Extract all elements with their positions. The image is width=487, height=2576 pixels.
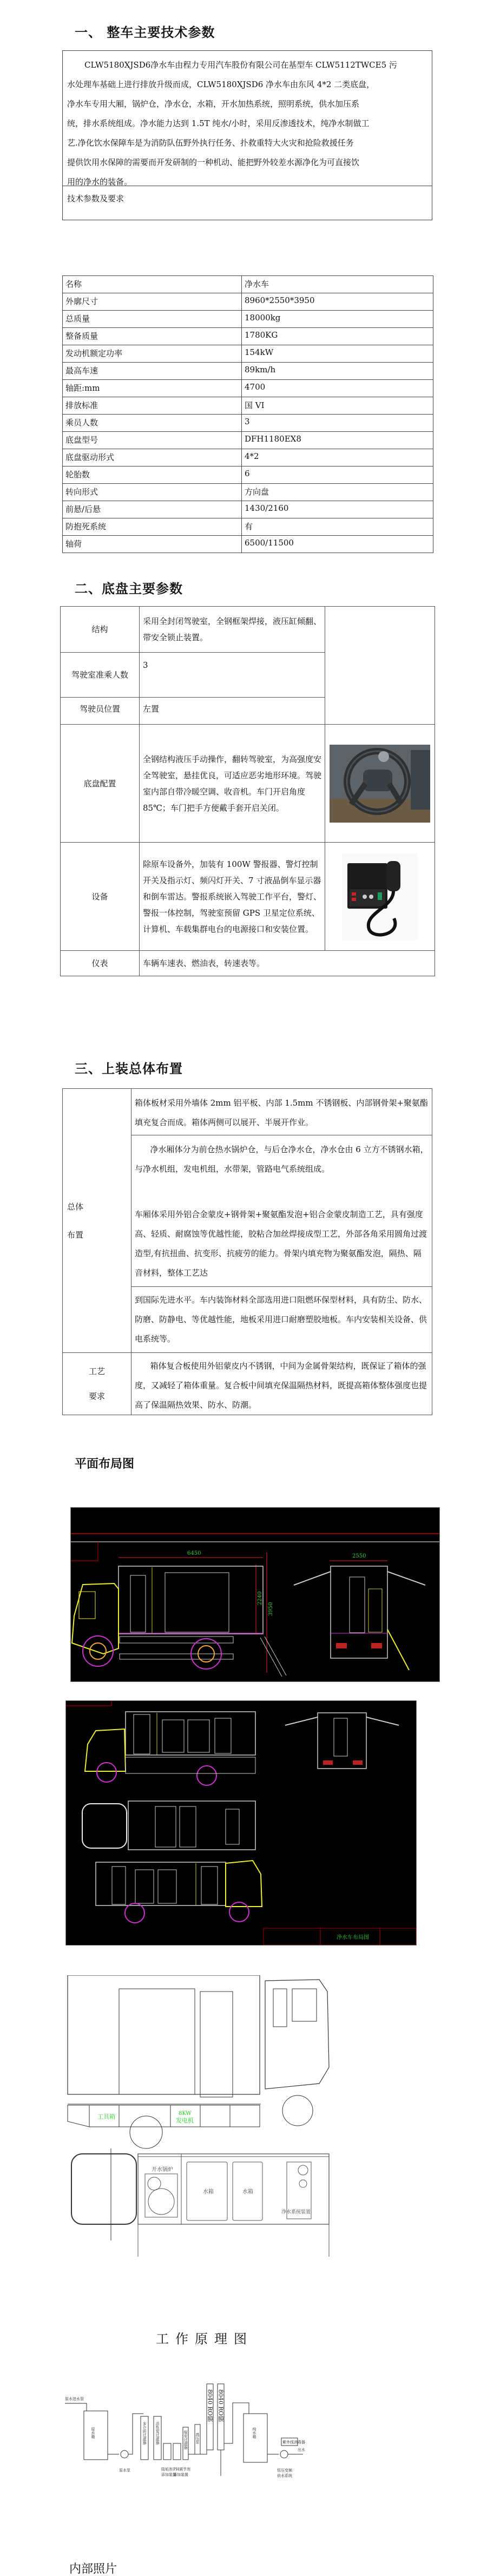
craft-text: 箱体复合板使用外铝蒙皮内不锈钢，中间为金属骨架结构，既保证了箱体的强度，又减轻了…: [131, 1353, 432, 1415]
row-text: 3: [140, 653, 325, 698]
row-text: 采用全封闭驾驶室，全钢框架焊接，液压缸倾翻、带安全锁止装置。: [140, 607, 325, 653]
row-label: 驾驶室准乘人数: [61, 653, 140, 698]
chassis-table: 结构 采用全封闭驾驶室，全钢框架焊接，液压缸倾翻、带安全锁止装置。 驾驶室准乘人…: [60, 606, 435, 976]
spec-value: 154kW: [242, 345, 433, 363]
row-label: 底盘配置: [61, 725, 140, 843]
label-line: 要求: [89, 1391, 105, 1401]
line-drawing-truck: 工具箱 8KW 发电机 开水锅炉 水箱 水箱 净水系统装置: [65, 1975, 390, 2257]
inlet-label: 原水进水管: [65, 2396, 84, 2401]
intro-line: 统，排水系统组成。净水能力达到 1.5T 纯水/小时，采用反渗透技术，纯净水制做…: [67, 119, 369, 128]
spec-row: 外廓尺寸8960*2550*3950: [63, 293, 433, 311]
spec-name: 前悬/后悬: [63, 501, 242, 518]
intro-line: CLW5180XJSD6净水车由程力专用汽车股份有限公司在基型车 CLW5112…: [84, 60, 397, 70]
intro-paragraph: CLW5180XJSD6净水车由程力专用汽车股份有限公司在基型车 CLW5112…: [63, 51, 432, 186]
photo-cell: [325, 725, 435, 843]
dim-length: 6450: [187, 1550, 201, 1556]
spec-name: 名称: [63, 276, 242, 293]
boiler-label: 开水锅炉: [152, 2166, 173, 2173]
supply-label: 供水系统: [277, 2473, 292, 2478]
spec-value: 3: [242, 415, 433, 432]
overall-para-1: 箱体板材采用外墙体 2mm 铝平板、内部 1.5mm 不锈钢板、内部钢骨架+聚氨…: [131, 1089, 432, 1135]
spec-row: 乘员人数3: [63, 415, 433, 432]
generator-label: 8KW: [179, 2111, 192, 2117]
siren-controller-photo: [342, 853, 418, 940]
intro-line: 水处理车基础上进行排放升级而成，CLW5180XJSD6 净水车由东风 4*2 …: [67, 80, 374, 89]
spec-value: 18000kg: [242, 311, 433, 328]
spec-row: 底盘型号DFH1180EX8: [63, 432, 433, 449]
overall-para-4: 到国际先进水平。车内装饰材料全部选用进口阻燃环保型材料，具有防尘、防水、防磨、防…: [131, 1287, 432, 1353]
ro-membrane-label: 8040 RO膜: [218, 2389, 225, 2422]
spec-name: 底盘驱动形式: [63, 449, 242, 466]
ph-dosing-label: 添加装置: [173, 2472, 188, 2477]
spec-row: 最高车速89km/h: [63, 363, 433, 380]
spec-row: 防抱死系统有: [63, 518, 433, 536]
spec-value: 89km/h: [242, 363, 433, 380]
spec-value: 4*2: [242, 449, 433, 466]
spec-row: 前悬/后悬1430/2160: [63, 501, 433, 518]
row-text: 除原车设备外，加装有 100W 警报器、警灯控制开关及指示灯、频闪灯开关、7 寸…: [140, 843, 325, 951]
supply-label: 恒压变频: [277, 2468, 293, 2473]
intro-line: 艺.净化饮水保障车是为消防队伍野外执行任务、扑救重特大火灾和抢险救援任务: [67, 138, 354, 148]
intro-line: 用的净水的装备。: [67, 177, 132, 187]
spec-value: 4700: [242, 380, 433, 397]
spec-row: 排放标准国 VI: [63, 397, 433, 415]
spec-value: 8960*2550*3950: [242, 293, 433, 311]
purifier-label: 净水系统装置: [281, 2209, 311, 2215]
dim-box-height: 2240: [257, 1592, 263, 1605]
spec-name: 排放标准: [63, 397, 242, 415]
spec-row: 底盘驱动形式4*2: [63, 449, 433, 466]
spec-name: 转向形式: [63, 484, 242, 501]
generator-label: 发电机: [176, 2117, 194, 2124]
row-text: 全钢结构液压手动操作，翻转驾驶室，为高强度安全驾驶室，悬挂优良，可适应恶劣地形环…: [140, 725, 325, 843]
principle-flow-diagram: 原水进水管 原水箱 原水泵 多介质过滤器 活性炭过滤器 阻垢剂 添加装置 PH调…: [65, 2378, 390, 2498]
cad-drawing-interior: 净水车布局图: [65, 1700, 417, 1946]
spec-name: 最高车速: [63, 363, 242, 380]
pure-tank-label: 纯水箱: [252, 2427, 256, 2439]
intro-line: 净水车专用大厢，锅炉仓，净水仓，水箱，开水加热系统，照明系统，供水加压系: [67, 99, 359, 109]
spec-name: 乘员人数: [63, 415, 242, 432]
security-filter-label: 保安过滤器: [183, 2430, 188, 2450]
row-label: 驾驶员位置: [61, 698, 140, 725]
multi-filter-label: 多介质过滤器: [142, 2421, 147, 2445]
ph-dosing-label: PH调节剂: [173, 2467, 190, 2472]
title-block-text: 净水车布局图: [337, 1934, 369, 1941]
section3-title: 三、上装总体布置: [75, 1058, 183, 1077]
label-line: 工艺: [89, 1366, 105, 1376]
spec-name: 底盘型号: [63, 432, 242, 449]
spec-row: 整备质量1780KG: [63, 328, 433, 345]
row-label: 结构: [61, 607, 140, 653]
spec-name: 轮胎数: [63, 466, 242, 484]
overall-label: 总体 布置: [63, 1089, 131, 1353]
chassis-row: 底盘配置 全钢结构液压手动操作，翻转驾驶室，为高强度安全驾驶室，悬挂优良，可适应…: [61, 725, 435, 843]
spec-row: 发动机额定功率154kW: [63, 345, 433, 363]
overall-para-2-3: 净水厢体分为前仓热水锅炉仓，与后仓净水仓，净水仓由 6 立方不锈钢水箱，与净水机…: [131, 1135, 432, 1287]
row-label: 仪表: [61, 951, 140, 976]
overall-para-2: 净水厢体分为前仓热水锅炉仓，与后仓净水仓，净水仓由 6 立方不锈钢水箱，与净水机…: [135, 1140, 429, 1205]
photos-title: 内部照片: [69, 2560, 117, 2576]
spec-value: 6: [242, 466, 433, 484]
craft-label: 工艺 要求: [63, 1353, 131, 1415]
intro-line: 提供饮用水保障的需要而开发研制的一种机动、能把野外较差水源净化为可直接饮: [67, 157, 359, 167]
spec-name: 总质量: [63, 311, 242, 328]
uv-label: 紫外线消毒器: [282, 2440, 305, 2444]
dim-width: 2550: [352, 1553, 366, 1559]
spec-value: 1780KG: [242, 328, 433, 345]
spec-value: 1430/2160: [242, 501, 433, 518]
dim-total-height: 3950: [268, 1602, 274, 1616]
raw-pump-label: 原水泵: [119, 2468, 130, 2473]
spec-name: 发动机额定功率: [63, 345, 242, 363]
spec-value: 净水车: [242, 276, 433, 293]
chassis-row: 仪表 车辆车速表、燃油表，转速表等。: [61, 951, 435, 976]
principle-title: 工作原理图: [156, 2328, 253, 2347]
section1-title: 一、 整车主要技术参数: [75, 22, 215, 41]
spec-table: 名称净水车外廓尺寸8960*2550*3950总质量18000kg整备质量178…: [62, 275, 433, 553]
hp-pump-label: 高压泵: [195, 2432, 200, 2444]
chassis-row: 结构 采用全封闭驾驶室，全钢框架焊接，液压缸倾翻、带安全锁止装置。: [61, 607, 435, 653]
tank-label: 水箱: [203, 2188, 214, 2195]
spec-row: 名称净水车: [63, 276, 433, 293]
scale-dosing-label: 阻垢剂: [161, 2467, 173, 2472]
tank-label: 水箱: [242, 2188, 253, 2195]
spec-value: 方向盘: [242, 484, 433, 501]
spec-row: 转向形式方向盘: [63, 484, 433, 501]
body-layout-table: 总体 布置 箱体板材采用外墙体 2mm 铝平板、内部 1.5mm 不锈钢板、内部…: [62, 1088, 432, 1410]
spec-row: 总质量18000kg: [63, 311, 433, 328]
spec-value: 6500/11500: [242, 536, 433, 553]
empty-cell: [325, 607, 435, 725]
carbon-filter-label: 活性炭过滤器: [155, 2421, 160, 2445]
chassis-row: 设备 除原车设备外，加装有 100W 警报器、警灯控制开关及指示灯、频闪灯开关、…: [61, 843, 435, 951]
layout-title: 平面布局图: [75, 1455, 134, 1471]
row-text: 车辆车速表、燃油表，转速表等。: [140, 951, 435, 976]
ro-membrane-label: 8040 RO膜: [207, 2389, 214, 2422]
toolbox-label: 工具箱: [97, 2113, 115, 2120]
steering-wheel-photo: [330, 745, 430, 823]
spec-name: 轴距:mm: [63, 380, 242, 397]
overall-para-3: 车厢体采用外铝合金蒙皮+钢骨架+聚氨酯发泡+铝合金蒙皮制造工艺，具有强度高、轻质…: [135, 1205, 429, 1283]
spec-name: 防抱死系统: [63, 518, 242, 536]
outlet-label: 出水: [298, 2447, 305, 2452]
raw-tank-label: 原水箱: [91, 2427, 95, 2439]
row-label: 设备: [61, 843, 140, 951]
section2-title: 二、底盘主要参数: [75, 578, 183, 597]
cad-drawing-side-rear: 6450 3950 2240 2550: [70, 1507, 440, 1682]
label-line: 总体: [67, 1202, 83, 1212]
spec-value: 国 VI: [242, 397, 433, 415]
row-text: 左置: [140, 698, 325, 725]
spec-row: 轮胎数6: [63, 466, 433, 484]
spec-value: 有: [242, 518, 433, 536]
spec-value: DFH1180EX8: [242, 432, 433, 449]
spec-row: 轴距:mm4700: [63, 380, 433, 397]
intro-box: CLW5180XJSD6净水车由程力专用汽车股份有限公司在基型车 CLW5112…: [62, 50, 432, 220]
label-line: 布置: [67, 1230, 83, 1240]
spec-name: 外廓尺寸: [63, 293, 242, 311]
spec-row: 轴荷6500/11500: [63, 536, 433, 553]
spec-name: 整备质量: [63, 328, 242, 345]
photo-cell: [325, 843, 435, 951]
spec-name: 轴荷: [63, 536, 242, 553]
